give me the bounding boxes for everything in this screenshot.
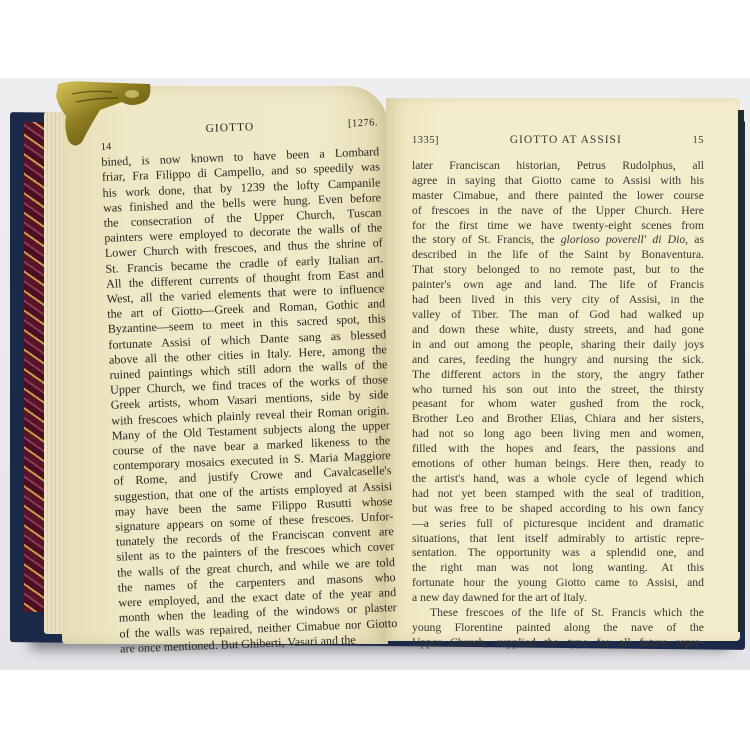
text-line: emotions of other human beings. Here the… xyxy=(412,457,704,472)
text-line: The different actors in the story, the a… xyxy=(412,368,704,383)
text-line: Brother Leo and Brother Elias, Chiara an… xyxy=(412,412,704,427)
text-line: painter's own age and land. The life of … xyxy=(412,278,704,293)
right-running-title: GIOTTO AT ASSISI xyxy=(510,133,622,148)
left-page-text: 14 GIOTTO [1276. 14 bined, is now known … xyxy=(100,115,398,656)
text-line: That story belonged to no remote past, b… xyxy=(412,263,704,278)
text-line: and cares, feeding the hungry and nursin… xyxy=(412,353,704,368)
text-line: fortunate hour the young Giotto came to … xyxy=(412,576,704,591)
right-page-number: 15 xyxy=(692,134,704,149)
text-line: situations, that lent itself admirably t… xyxy=(412,532,704,547)
text-line: of frescoes in the nave of the Upper Chu… xyxy=(412,204,704,219)
text-line: valley of Tiber. The man of God had walk… xyxy=(412,308,704,323)
left-running-title: GIOTTO xyxy=(205,120,254,137)
right-running-head: 1335] GIOTTO AT ASSISI 15 xyxy=(412,133,704,149)
left-date-marker: [1276. xyxy=(348,115,379,131)
text-line: master Cimabue, and there painted the lo… xyxy=(412,189,704,204)
left-body: bined, is now known to have been a Lomba… xyxy=(101,145,398,657)
text-line: described in the life of the Saint by Bo… xyxy=(412,248,704,263)
left-page-number: 14 xyxy=(101,140,112,156)
text-line: agree in saying that Giotto came to Assi… xyxy=(412,174,704,189)
text-line: the right man was not long wanting. At t… xyxy=(412,561,704,576)
italic-phrase: glorioso poverell' di Dio xyxy=(561,233,685,246)
text-line: These frescoes of the life of St. Franci… xyxy=(412,606,704,621)
back-cover-edge xyxy=(738,110,744,632)
text-line: but was free to be shaped according to h… xyxy=(412,502,704,517)
text-line: sentation. The opportunity was a splendi… xyxy=(412,546,704,561)
text-fragment: the story of St. Francis, the xyxy=(412,233,555,246)
text-line: filled with the hopes and fears, the pas… xyxy=(412,442,704,457)
text-line: in and out among the people, sharing the… xyxy=(412,338,704,353)
text-line: young Florentine painted along the nave … xyxy=(412,621,704,636)
text-line: a new day dawned for the art of Italy. xyxy=(412,591,704,606)
right-page-text: 1335] GIOTTO AT ASSISI 15 later Francisc… xyxy=(412,133,704,651)
text-line: Upper Church, supplied the type for all … xyxy=(412,636,704,651)
text-line: peasant for whom water gushed from the r… xyxy=(412,397,704,412)
text-line: had not so long ago been living men and … xyxy=(412,427,704,442)
text-fragment: , as xyxy=(685,233,704,246)
right-date-marker: 1335] xyxy=(412,134,439,149)
right-body: later Franciscan historian, Petrus Rudol… xyxy=(412,159,704,651)
text-line: who turned his son out into the street, … xyxy=(412,383,704,398)
text-line: the artist's hand, was a whole cycle of … xyxy=(412,472,704,487)
text-line: had been lived in this very city of Assi… xyxy=(412,293,704,308)
text-line: and down these white, dusty streets, and… xyxy=(412,323,704,338)
text-line: later Franciscan historian, Petrus Rudol… xyxy=(412,159,704,174)
text-line: the story of St. Francis, the glorioso p… xyxy=(412,233,704,248)
text-line: —a series full of picturesque incident a… xyxy=(412,517,704,532)
text-line: for the first time we have twenty-eight … xyxy=(412,219,704,234)
text-line: had not yet been stamped with the seal o… xyxy=(412,487,704,502)
